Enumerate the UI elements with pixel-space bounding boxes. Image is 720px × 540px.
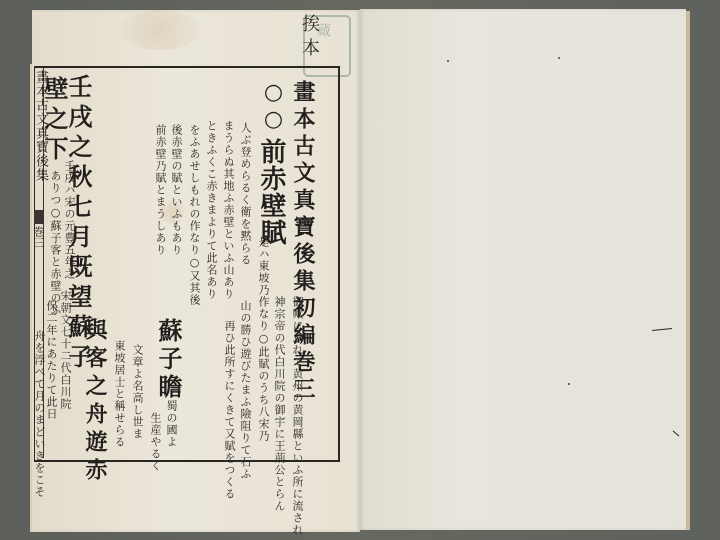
main-text-line: 壁之下 — [42, 76, 66, 166]
gloss-column: 御歟にふれて黄州の黄岡縣といふ所に流され — [292, 296, 303, 536]
gloss-column: 人ぶ登めらるく衛を黙らる — [240, 122, 251, 266]
commentary-note: 宋朝文七十二代白川院 — [60, 290, 71, 410]
author-note: 蜀の國よ — [166, 400, 177, 448]
top-margin-mark: 挨本 — [300, 14, 318, 62]
author-note: 文章よ名高し世ま — [132, 344, 143, 440]
gloss-column: 山の勝ひ遊びたまふ險阻りて石ふ — [240, 300, 251, 480]
right-page-blank — [360, 9, 686, 530]
right-page-edge — [686, 11, 690, 530]
paper-speck — [558, 57, 560, 59]
commentary-note: 舟を浮べて月のまどいきをこそ — [34, 330, 45, 498]
hashira-fish-tail — [34, 210, 43, 224]
gloss-column: まうらぬ其地ふ赤壁といふ山あり — [223, 120, 234, 300]
gloss-column: 是ハ東坡乃作なり○此賦のうち八宋乃 — [258, 236, 269, 442]
paper-stain — [120, 10, 200, 50]
paper-speck — [568, 383, 570, 385]
commentary-note: 保二年にあたりて此日 — [46, 300, 57, 420]
author-name: 蘇子瞻 — [156, 318, 180, 402]
gloss-column: 後赤壁の賦といふもあり — [171, 124, 182, 256]
paper-speck — [447, 60, 449, 62]
gloss-column: 前赤壁乃賦とまうしあり — [155, 124, 166, 256]
hashira-volume: 巻三 — [33, 226, 44, 248]
gloss-column: 神宗帝の代白川院の御宇に王荊公とらん — [274, 296, 285, 512]
poem-heading: 前赤壁賦 — [258, 138, 284, 246]
main-text-line: 與客之舟遊赤 — [84, 318, 106, 486]
gloss-column: をふあせしもれの作なり○又其後 — [189, 124, 200, 306]
commentary-note: 壬戌ハ宋の元豊五年之 — [64, 160, 75, 280]
gloss-column: 再ひ此所すにくきて又賦をつくる — [224, 320, 235, 500]
author-note: 生産やるく — [150, 412, 161, 472]
author-note: 東坡居士と稱せらる — [114, 340, 125, 448]
circle-marks: ○○ — [262, 80, 284, 134]
gloss-column: ときふくこ赤きまよりて此名あり — [206, 120, 217, 300]
